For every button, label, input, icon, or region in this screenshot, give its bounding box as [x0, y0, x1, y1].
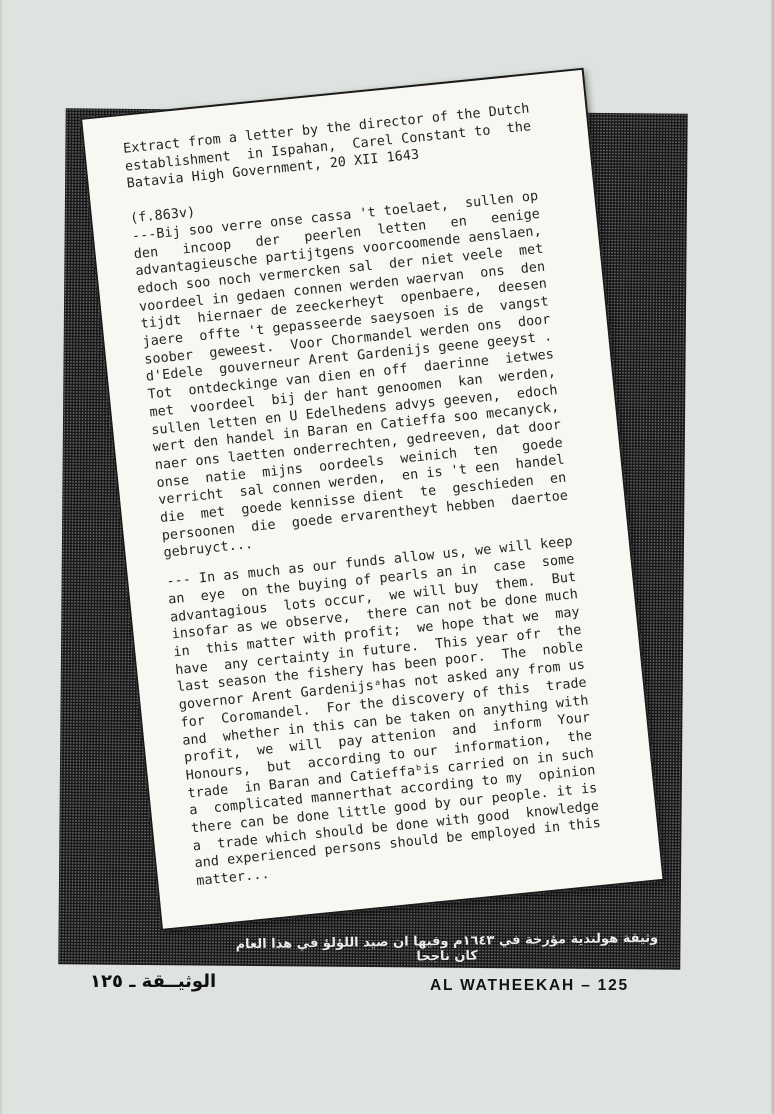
dutch-text-block: ---Bij soo verre onse cassa 't toelaet, … — [131, 186, 592, 563]
scan-edge-right — [770, 0, 774, 1114]
footer-arabic-page-label: الوثيــقة ـ ١٢٥ — [90, 971, 216, 992]
footer-english-page-label: AL WATHEEKAH – 125 — [430, 977, 629, 995]
scanned-journal-page: Extract from a letter by the director of… — [0, 0, 774, 1114]
document-page: Extract from a letter by the director of… — [80, 68, 665, 931]
english-text-block: --- In as much as our funds allow us, we… — [166, 531, 626, 891]
typewritten-text: Extract from a letter by the director of… — [82, 70, 659, 895]
scan-edge-left — [0, 0, 3, 1114]
